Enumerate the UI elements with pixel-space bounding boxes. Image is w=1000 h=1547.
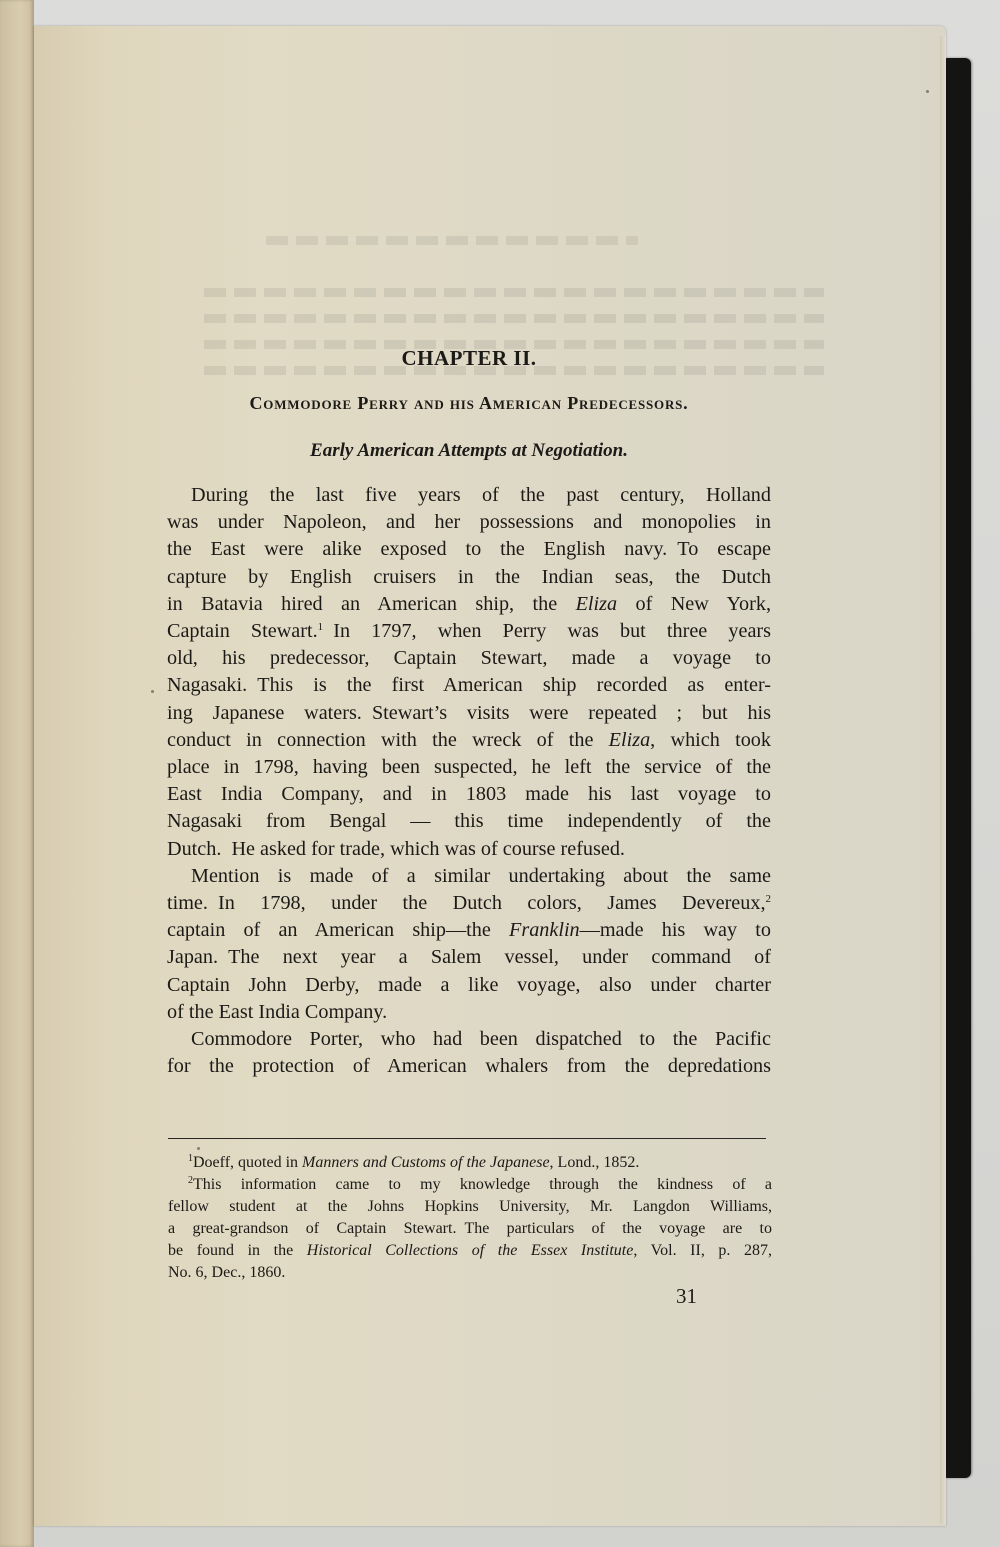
- text-line: Captain Stewart.1 In 1797, when Perry wa…: [167, 618, 771, 645]
- text-line: old, his predecessor, Captain Stewart, m…: [167, 645, 771, 672]
- paper-speck: [151, 690, 154, 693]
- text-run: ing Japanese waters. Stewart’s visits we…: [167, 702, 771, 724]
- text-run: captain of an American ship—the: [167, 919, 509, 941]
- footnote-line: a great-grandson of Captain Stewart. The…: [168, 1218, 772, 1240]
- body-text: During the last five years of the past c…: [167, 482, 771, 1080]
- text-line: Nagasaki from Bengal — this time indepen…: [167, 808, 771, 835]
- text-run: Nagasaki from Bengal — this time indepen…: [167, 810, 771, 832]
- footnotes: 1Doeff, quoted in Manners and Customs of…: [168, 1152, 772, 1284]
- footnote-2: 2This information came to my knowledge t…: [168, 1174, 772, 1284]
- text-run: , Lond., 1852.: [550, 1154, 640, 1171]
- chapter-title: Commodore Perry and his American Predece…: [167, 393, 771, 414]
- paragraph: Mention is made of a similar undertaking…: [167, 863, 771, 1026]
- text-line: East India Company, and in 1803 made his…: [167, 781, 771, 808]
- text-run: capture by English cruisers in the India…: [167, 566, 771, 588]
- text-run: Captain Stewart.: [167, 620, 318, 642]
- text-run: of New York,: [617, 593, 771, 615]
- footnote-line: 2This information came to my knowledge t…: [168, 1174, 772, 1196]
- footnote-reference: 2: [766, 893, 772, 905]
- italic-title: Franklin: [509, 919, 580, 941]
- text-run: a great-grandson of Captain Stewart. The…: [168, 1220, 772, 1237]
- italic-title: Historical Collections of the Essex Inst…: [307, 1242, 634, 1259]
- text-run: place in 1798, having been suspected, he…: [167, 756, 771, 778]
- text-run: Dutch. He asked for trade, which was of …: [167, 838, 625, 860]
- text-run: conduct in connection with the wreck of …: [167, 729, 609, 751]
- text-line: conduct in connection with the wreck of …: [167, 727, 771, 754]
- text-run: —made his way to: [580, 919, 771, 941]
- page-number: 31: [676, 1284, 697, 1309]
- text-line: capture by English cruisers in the India…: [167, 564, 771, 591]
- text-line: was under Napoleon, and her possessions …: [167, 509, 771, 536]
- text-run: No. 6, Dec., 1860.: [168, 1264, 285, 1281]
- text-run: for the protection of American whalers f…: [167, 1055, 771, 1077]
- footnote-line: 1Doeff, quoted in Manners and Customs of…: [168, 1152, 772, 1174]
- text-run: East India Company, and in 1803 made his…: [167, 783, 771, 805]
- text-line: ing Japanese waters. Stewart’s visits we…: [167, 700, 771, 727]
- text-run: be found in the: [168, 1242, 307, 1259]
- italic-title: Eliza: [609, 729, 651, 751]
- text-run: Captain John Derby, made a like voyage, …: [167, 974, 771, 996]
- footnote-line: No. 6, Dec., 1860.: [168, 1262, 772, 1284]
- text-line: of the East India Company.: [167, 999, 771, 1026]
- text-run: Commodore Porter, who had been dispatche…: [191, 1028, 771, 1050]
- text-run: Nagasaki. This is the first American shi…: [167, 674, 771, 696]
- section-title: Early American Attempts at Negotiation.: [167, 440, 771, 462]
- text-run: the East were alike exposed to the Engli…: [167, 538, 771, 560]
- text-line: Mention is made of a similar undertaking…: [167, 863, 771, 890]
- text-run: This information came to my knowledge th…: [193, 1176, 772, 1193]
- text-run: During the last five years of the past c…: [191, 484, 771, 506]
- text-run: of the East India Company.: [167, 1001, 387, 1023]
- paragraph: During the last five years of the past c…: [167, 482, 771, 863]
- text-line: Nagasaki. This is the first American shi…: [167, 672, 771, 699]
- text-line: captain of an American ship—the Franklin…: [167, 917, 771, 944]
- text-run: old, his predecessor, Captain Stewart, m…: [167, 647, 771, 669]
- footnote-rule: [168, 1138, 766, 1139]
- italic-title: Eliza: [576, 593, 618, 615]
- paper-speck: [926, 90, 929, 93]
- text-run: Mention is made of a similar undertaking…: [191, 865, 771, 887]
- text-line: in Batavia hired an American ship, the E…: [167, 591, 771, 618]
- text-line: the East were alike exposed to the Engli…: [167, 536, 771, 563]
- text-run: , Vol. II, p. 287,: [633, 1242, 772, 1259]
- text-run: fellow student at the Johns Hopkins Univ…: [168, 1198, 772, 1215]
- footnote-line: fellow student at the Johns Hopkins Univ…: [168, 1196, 772, 1218]
- text-run: time. In 1798, under the Dutch colors, J…: [167, 892, 766, 914]
- text-line: Commodore Porter, who had been dispatche…: [167, 1026, 771, 1053]
- book-cover-edge: [944, 58, 971, 1478]
- page-content: CHAPTER II. Commodore Perry and his Amer…: [167, 346, 771, 1080]
- text-run: in Batavia hired an American ship, the: [167, 593, 576, 615]
- paragraph: Commodore Porter, who had been dispatche…: [167, 1026, 771, 1080]
- text-line: Japan. The next year a Salem vessel, und…: [167, 944, 771, 971]
- facing-page-edge: [0, 0, 34, 1547]
- chapter-number: CHAPTER II.: [167, 346, 771, 371]
- text-run: , which took: [650, 729, 771, 751]
- text-line: place in 1798, having been suspected, he…: [167, 754, 771, 781]
- italic-title: Manners and Customs of the Japanese: [302, 1154, 550, 1171]
- text-line: time. In 1798, under the Dutch colors, J…: [167, 890, 771, 917]
- text-line: Dutch. He asked for trade, which was of …: [167, 836, 771, 863]
- paper-speck: [197, 1147, 200, 1150]
- text-line: During the last five years of the past c…: [167, 482, 771, 509]
- text-line: for the protection of American whalers f…: [167, 1053, 771, 1080]
- text-run: was under Napoleon, and her possessions …: [167, 511, 771, 533]
- text-run: Doeff, quoted in: [193, 1154, 302, 1171]
- text-line: Captain John Derby, made a like voyage, …: [167, 972, 771, 999]
- footnote-line: be found in the Historical Collections o…: [168, 1240, 772, 1262]
- footnote-1: 1Doeff, quoted in Manners and Customs of…: [168, 1152, 772, 1174]
- text-run: Japan. The next year a Salem vessel, und…: [167, 946, 771, 968]
- text-run: In 1797, when Perry was but three years: [323, 620, 771, 642]
